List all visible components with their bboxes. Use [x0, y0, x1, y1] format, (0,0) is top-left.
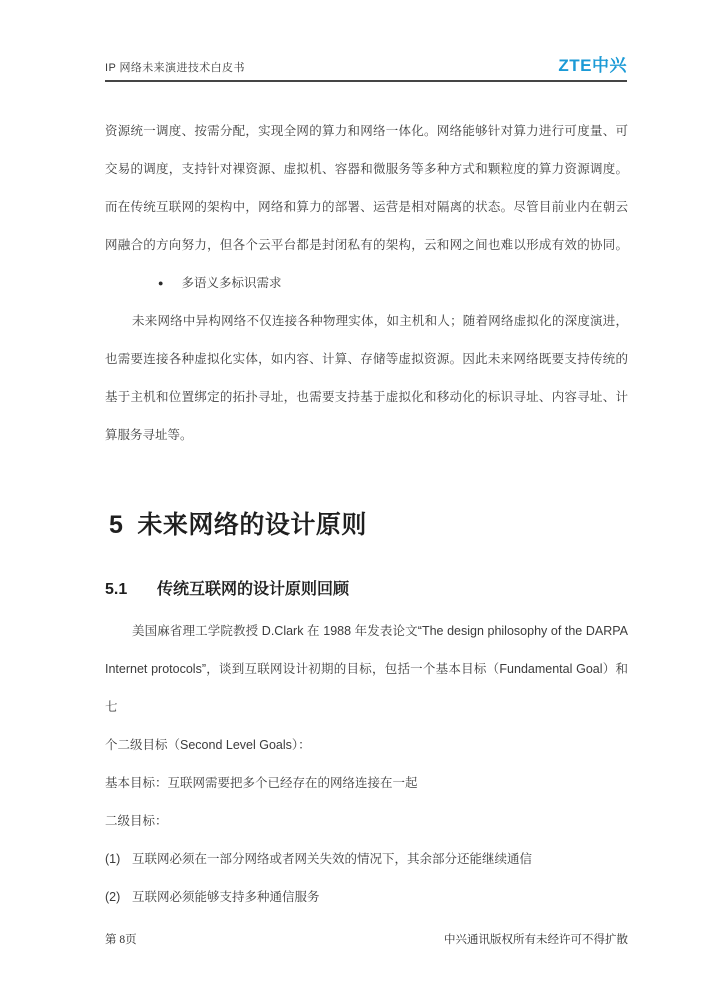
- list-text: 互联网必须在一部分网络或者网关失效的情况下，其余部分还能继续通信: [132, 840, 628, 878]
- copyright-notice: 中兴通讯版权所有未经许可不得扩散: [444, 931, 628, 947]
- bullet-item-multi-semantic: ●多语义多标识需求: [105, 264, 628, 302]
- body-line: Internet protocols”，谈到互联网设计初期的目标，包括一个基本目…: [105, 650, 628, 726]
- page-number: 第 8页: [105, 931, 137, 947]
- body-line: 网融合的方向努力，但各个云平台都是封闭私有的架构，云和网之间也难以形成有效的协同…: [105, 226, 628, 264]
- bullet-label: 多语义多标识需求: [181, 276, 281, 290]
- zte-logo: ZTE中兴: [558, 57, 627, 74]
- body-line: 而在传统互联网的架构中，网络和算力的部署、运营是相对隔离的状态。尽管目前业内在朝…: [105, 188, 628, 226]
- page-content: 资源统一调度、按需分配，实现全网的算力和网络一体化。网络能够针对算力进行可度量、…: [105, 112, 628, 916]
- goal-secondary-label: 二级目标：: [105, 802, 628, 840]
- goal-primary: 基本目标：互联网需要把多个已经存在的网络连接在一起: [105, 764, 628, 802]
- section-number: 5: [109, 511, 123, 539]
- list-marker: (1): [105, 840, 132, 878]
- list-item-2: (2) 互联网必须能够支持多种通信服务: [105, 878, 628, 916]
- subsection-title: 传统互联网的设计原则回顾: [157, 581, 349, 598]
- body-line: 个二级目标（Second Level Goals）：: [105, 726, 628, 764]
- body-line: 未来网络中异构网络不仅连接各种物理实体，如主机和人；随着网络虚拟化的深度演进，: [105, 302, 628, 340]
- header-doc-title: IP 网络未来演进技术白皮书: [105, 62, 245, 74]
- paragraph-dclark: 美国麻省理工学院教授 D.Clark 在 1988 年发表论文“The desi…: [105, 612, 628, 764]
- paragraph-future-network: 未来网络中异构网络不仅连接各种物理实体，如主机和人；随着网络虚拟化的深度演进， …: [105, 302, 628, 454]
- page-header: IP 网络未来演进技术白皮书 ZTE中兴: [105, 46, 627, 82]
- paragraph-computing-network: 资源统一调度、按需分配，实现全网的算力和网络一体化。网络能够针对算力进行可度量、…: [105, 112, 628, 264]
- page-footer: 第 8页 中兴通讯版权所有未经许可不得扩散: [105, 931, 628, 947]
- list-text: 互联网必须能够支持多种通信服务: [132, 878, 628, 916]
- body-line: 也需要连接各种虚拟化实体，如内容、计算、存储等虚拟资源。因此未来网络既要支持传统…: [105, 340, 628, 378]
- document-page: IP 网络未来演进技术白皮书 ZTE中兴 资源统一调度、按需分配，实现全网的算力…: [0, 0, 710, 1004]
- subsection-heading-5-1: 5.1传统互联网的设计原则回顾: [105, 580, 628, 600]
- body-line: 算服务寻址等。: [105, 416, 628, 454]
- bullet-icon: ●: [158, 278, 163, 288]
- body-line: 基于主机和位置绑定的拓扑寻址，也需要支持基于虚拟化和移动化的标识寻址、内容寻址、…: [105, 378, 628, 416]
- section-title: 未来网络的设计原则: [137, 511, 367, 539]
- body-line: 美国麻省理工学院教授 D.Clark 在 1988 年发表论文“The desi…: [105, 612, 628, 650]
- list-marker: (2): [105, 878, 132, 916]
- body-line: 交易的调度，支持针对裸资源、虚拟机、容器和微服务等多种方式和颗粒度的算力资源调度…: [105, 150, 628, 188]
- section-heading-5: 5未来网络的设计原则: [105, 508, 628, 542]
- body-line: 资源统一调度、按需分配，实现全网的算力和网络一体化。网络能够针对算力进行可度量、…: [105, 112, 628, 150]
- subsection-number: 5.1: [105, 580, 157, 600]
- list-item-1: (1) 互联网必须在一部分网络或者网关失效的情况下，其余部分还能继续通信: [105, 840, 628, 878]
